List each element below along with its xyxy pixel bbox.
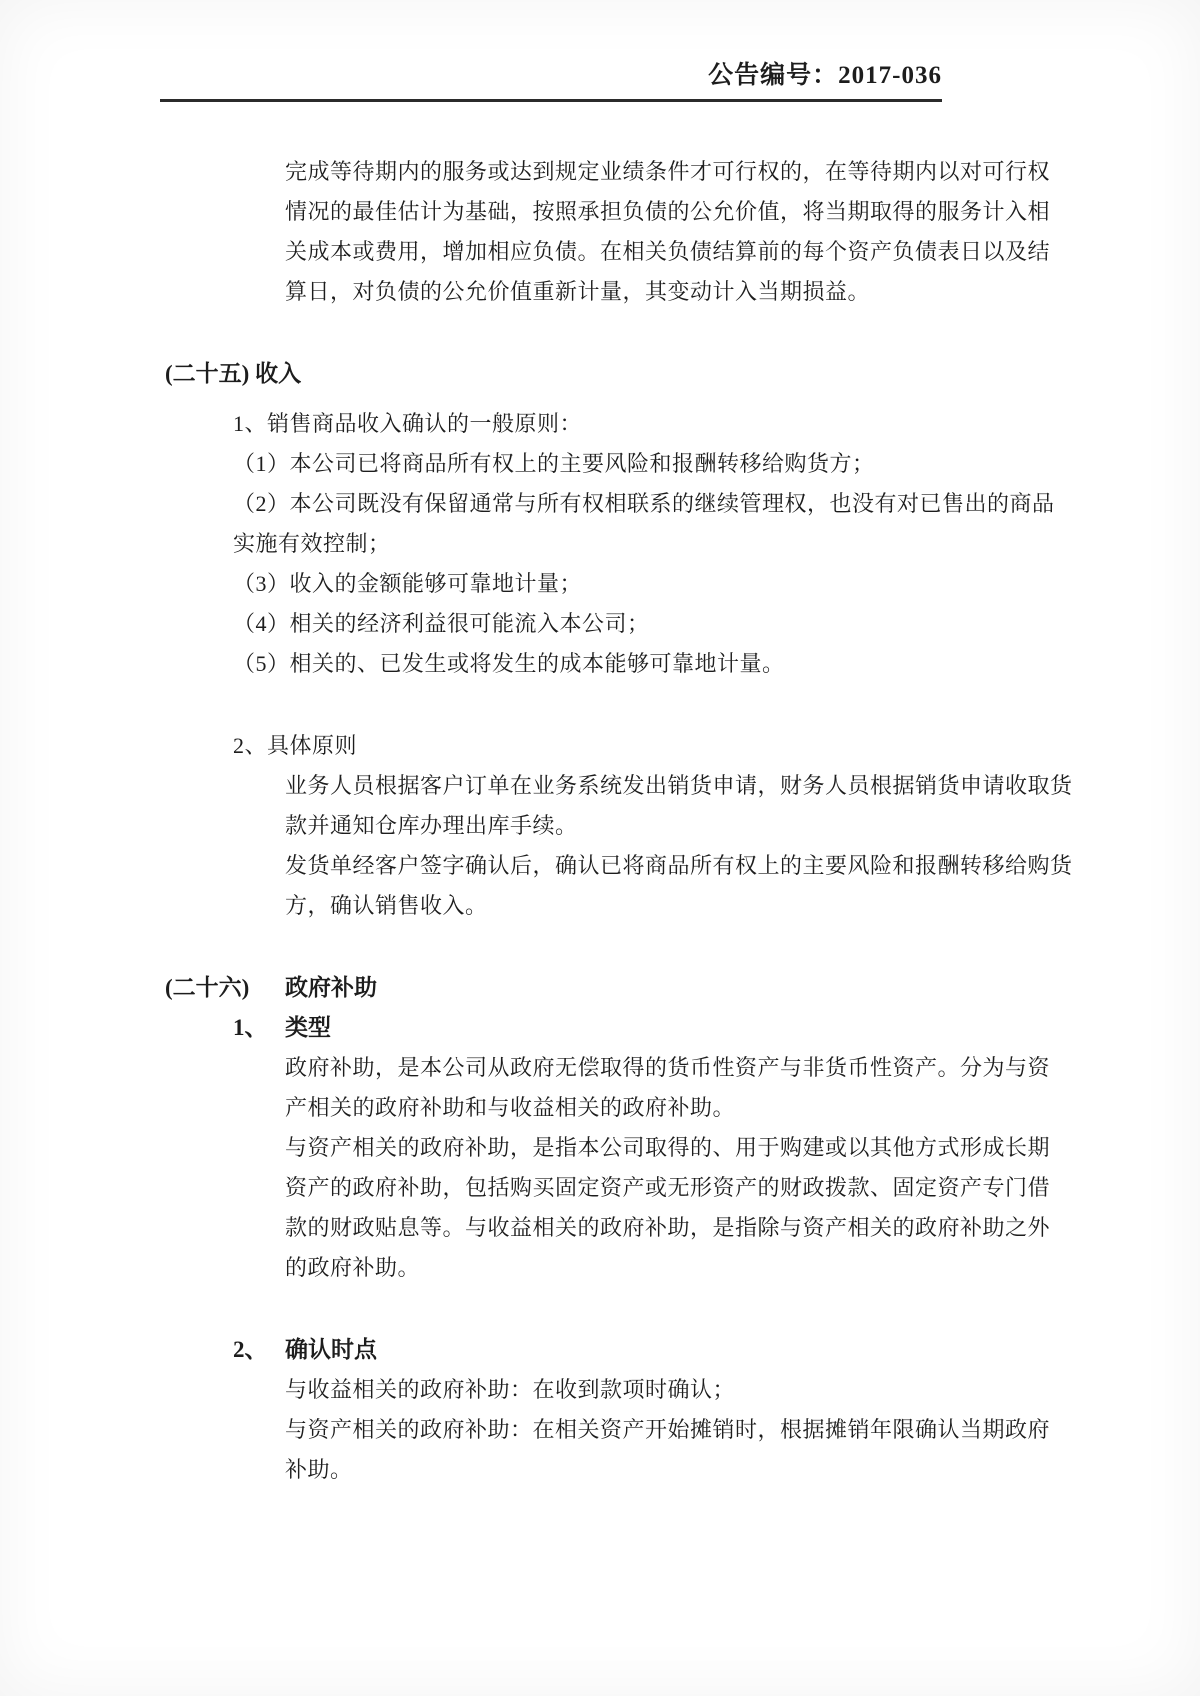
list-item: 1、销售商品收入确认的一般原则：	[233, 404, 1020, 444]
sec25-paragraph-2: 发货单经客户签字确认后，确认已将商品所有权上的主要风险和报酬转移给购货 方，确认…	[285, 846, 1020, 926]
sec25-general-principles: 1、销售商品收入确认的一般原则： （1）本公司已将商品所有权上的主要风险和报酬转…	[233, 404, 1020, 684]
paragraph-line: 款并通知仓库办理出库手续。	[285, 806, 1020, 846]
section-26-title: (二十六)政府补助	[165, 968, 1020, 1008]
list-item-continuation: 实施有效控制；	[233, 524, 1020, 564]
section-26-label: 政府补助	[285, 975, 377, 1000]
list-item: （5）相关的、已发生或将发生的成本能够可靠地计量。	[233, 644, 1020, 684]
list-item: （4）相关的经济利益很可能流入本公司；	[233, 604, 1020, 644]
paragraph-line: 补助。	[285, 1450, 1020, 1490]
sub1-number: 1、	[233, 1008, 285, 1048]
list-item: （1）本公司已将商品所有权上的主要风险和报酬转移给购货方；	[233, 444, 1020, 484]
section-25-title: (二十五) 收入	[165, 354, 1020, 394]
paragraph-line: 与收益相关的政府补助：在收到款项时确认；	[285, 1370, 1020, 1410]
section-26-number: (二十六)	[165, 968, 285, 1008]
paragraph-line: 情况的最佳估计为基础，按照承担负债的公允价值，将当期取得的服务计入相	[285, 192, 1020, 232]
paragraph-line: 与资产相关的政府补助，是指本公司取得的、用于购建或以其他方式形成长期	[285, 1128, 1020, 1168]
sec26-paragraph-2: 与资产相关的政府补助，是指本公司取得的、用于购建或以其他方式形成长期 资产的政府…	[285, 1128, 1020, 1288]
sub1-label: 类型	[285, 1015, 331, 1040]
paragraph-line: 资产的政府补助，包括购买固定资产或无形资产的财政拨款、固定资产专门借	[285, 1168, 1020, 1208]
paragraph-line: 政府补助，是本公司从政府无偿取得的货币性资产与非货币性资产。分为与资	[285, 1048, 1020, 1088]
intro-paragraph: 完成等待期内的服务或达到规定业绩条件才可行权的，在等待期内以对可行权 情况的最佳…	[285, 152, 1020, 312]
sec26-sub2-title: 2、确认时点	[233, 1330, 1020, 1370]
paragraph-line: 与资产相关的政府补助：在相关资产开始摊销时，根据摊销年限确认当期政府	[285, 1410, 1020, 1450]
sec25-item2-title: 2、具体原则	[233, 726, 1020, 766]
sub2-number: 2、	[233, 1330, 285, 1370]
list-item: （3）收入的金额能够可靠地计量；	[233, 564, 1020, 604]
page-header: 公告编号：2017-036	[0, 60, 1200, 92]
sec26-paragraph-1: 政府补助，是本公司从政府无偿取得的货币性资产与非货币性资产。分为与资 产相关的政…	[285, 1048, 1020, 1128]
document-body: 完成等待期内的服务或达到规定业绩条件才可行权的，在等待期内以对可行权 情况的最佳…	[0, 152, 1200, 1490]
sec25-paragraph-1: 业务人员根据客户订单在业务系统发出销货申请，财务人员根据销货申请收取货 款并通知…	[285, 766, 1020, 846]
paragraph-line: 关成本或费用，增加相应负债。在相关负债结算前的每个资产负债表日以及结	[285, 232, 1020, 272]
sec26-paragraph-3: 与收益相关的政府补助：在收到款项时确认；	[285, 1370, 1020, 1410]
doc-number: 公告编号：2017-036	[708, 62, 942, 89]
header-rule	[160, 99, 942, 102]
paragraph-line: 款的财政贴息等。与收益相关的政府补助，是指除与资产相关的政府补助之外	[285, 1208, 1020, 1248]
paragraph-line: 完成等待期内的服务或达到规定业绩条件才可行权的，在等待期内以对可行权	[285, 152, 1020, 192]
paragraph-line: 业务人员根据客户订单在业务系统发出销货申请，财务人员根据销货申请收取货	[285, 766, 1020, 806]
list-item: 2、具体原则	[233, 726, 1020, 766]
paragraph-line: 算日，对负债的公允价值重新计量，其变动计入当期损益。	[285, 272, 1020, 312]
document-page: 公告编号：2017-036 完成等待期内的服务或达到规定业绩条件才可行权的，在等…	[0, 0, 1200, 1696]
sec26-sub1-title: 1、类型	[233, 1008, 1020, 1048]
paragraph-line: 的政府补助。	[285, 1248, 1020, 1288]
paragraph-line: 产相关的政府补助和与收益相关的政府补助。	[285, 1088, 1020, 1128]
paragraph-line: 发货单经客户签字确认后，确认已将商品所有权上的主要风险和报酬转移给购货	[285, 846, 1020, 886]
sec26-paragraph-4: 与资产相关的政府补助：在相关资产开始摊销时，根据摊销年限确认当期政府 补助。	[285, 1410, 1020, 1490]
paragraph-line: 方，确认销售收入。	[285, 886, 1020, 926]
list-item: （2）本公司既没有保留通常与所有权相联系的继续管理权，也没有对已售出的商品	[233, 484, 1020, 524]
sub2-label: 确认时点	[285, 1337, 377, 1362]
